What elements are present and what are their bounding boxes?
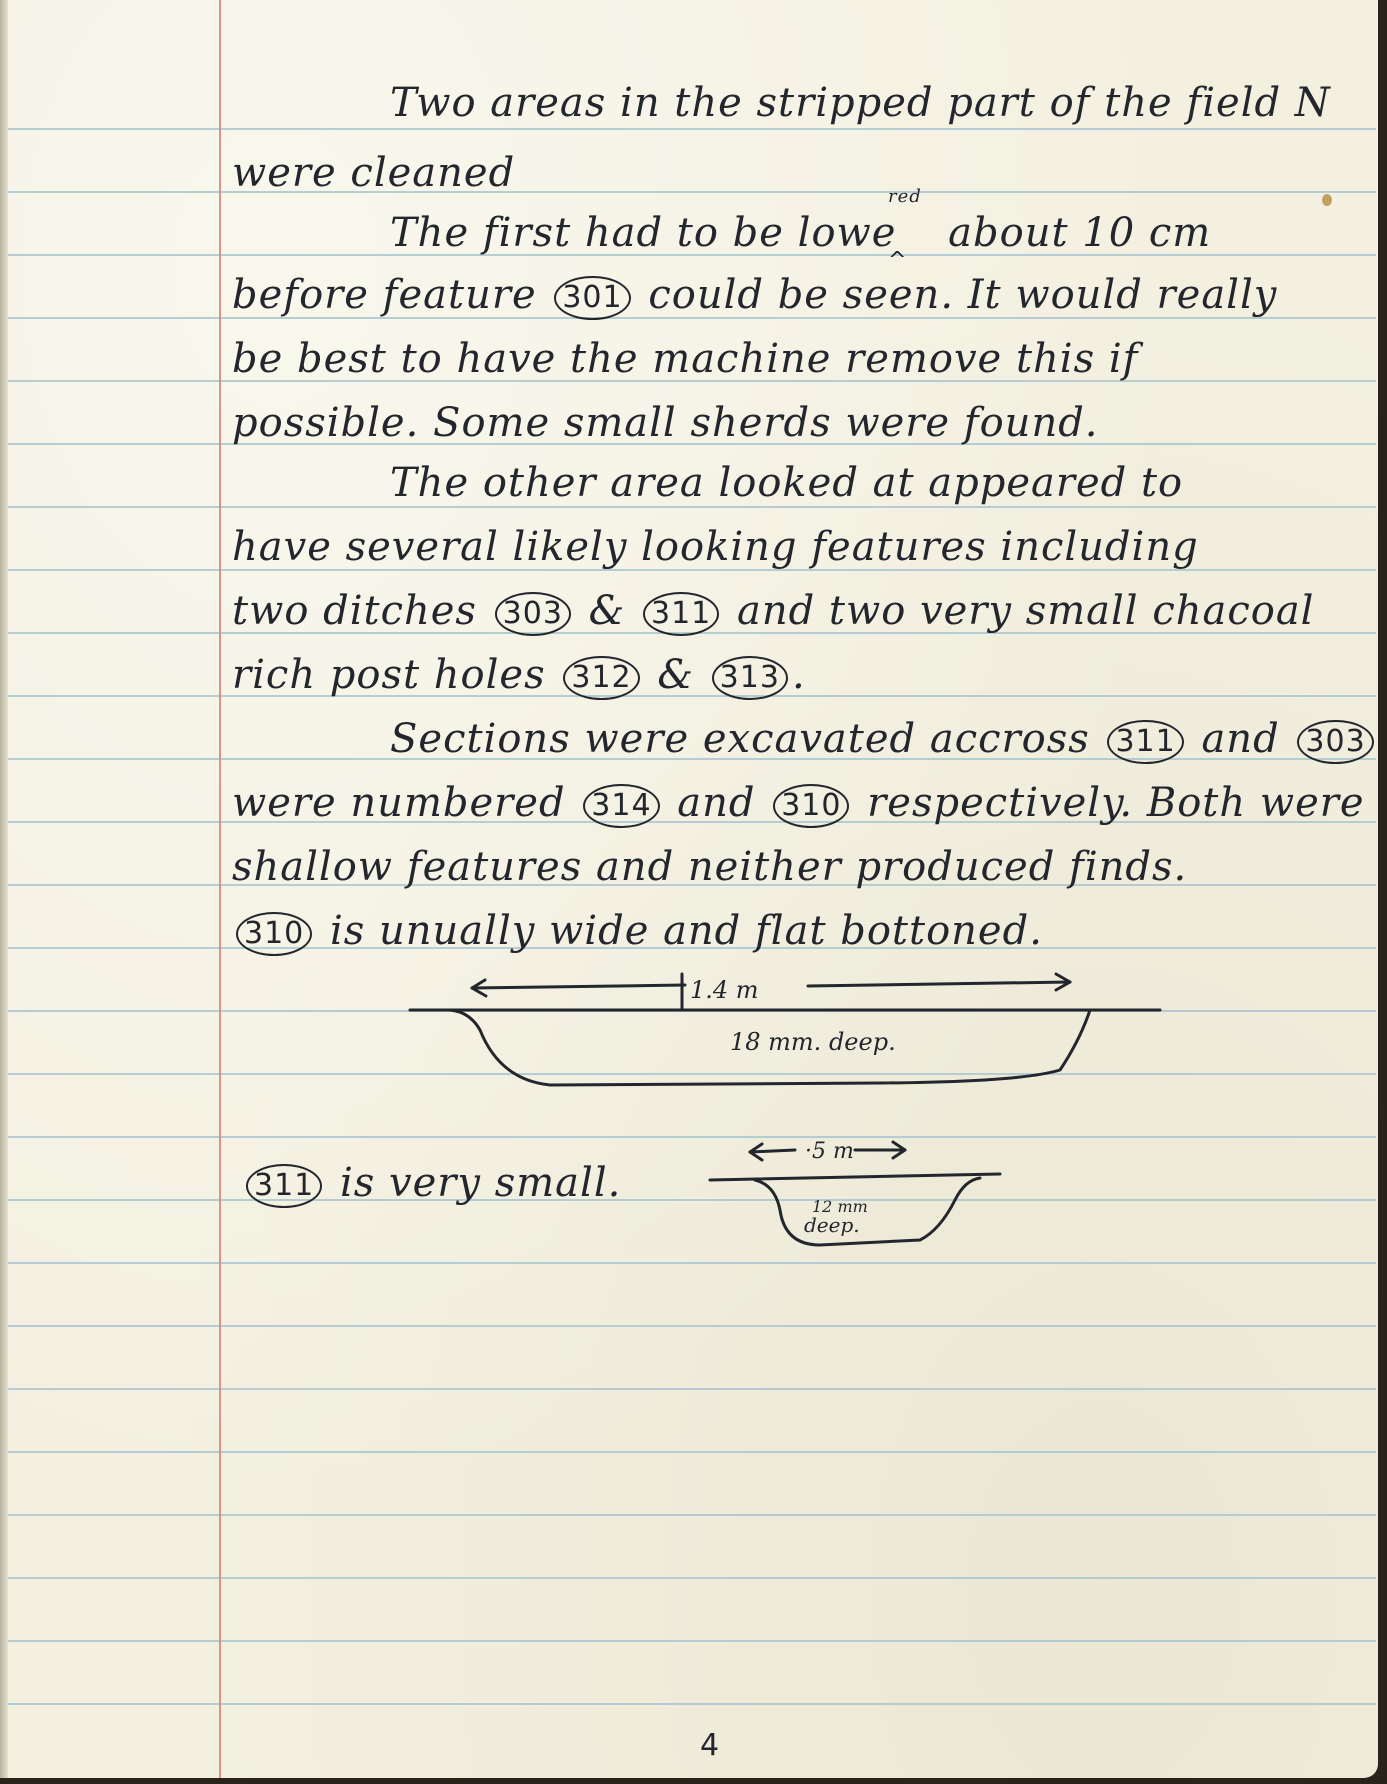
- rule-line: [8, 1199, 1376, 1201]
- insertion-text: red: [888, 186, 922, 207]
- note-line-11: Sections were excavated accross 311 and …: [390, 716, 1387, 764]
- context-number-312: 312: [563, 656, 639, 700]
- context-number-311: 311: [1107, 720, 1183, 764]
- width-label: ·5 m: [805, 1139, 854, 1164]
- depth-label: 18 mm. deep.: [730, 1028, 896, 1056]
- note-line-4: before feature 301 could be seen. It wou…: [232, 272, 1277, 320]
- rule-line: [8, 1388, 1376, 1390]
- rule-line: [8, 1703, 1376, 1705]
- notebook-page: Two areas in the stripped part of the fi…: [0, 0, 1378, 1778]
- context-number-311: 311: [643, 592, 719, 636]
- paper-stain: [1322, 194, 1332, 206]
- context-number-313: 313: [712, 656, 788, 700]
- rule-line: [8, 1514, 1376, 1516]
- rule-line: [8, 128, 1376, 130]
- section-311-sketch: ·5 m 12 mm deep.: [700, 1130, 1020, 1250]
- insertion-caret-icon: ^: [888, 248, 906, 273]
- context-number-303: 303: [1297, 720, 1373, 764]
- context-number-303: 303: [495, 592, 571, 636]
- note-line-2: were cleaned: [232, 150, 515, 196]
- rule-line: [8, 1262, 1376, 1264]
- rule-line: [8, 1136, 1376, 1138]
- rule-line: [8, 1451, 1376, 1453]
- width-arrow-right: [808, 982, 1070, 986]
- sketch-311-caption: 311 is very small.: [242, 1160, 621, 1208]
- width-arrow-left: [750, 1150, 795, 1152]
- rule-line: [8, 1325, 1376, 1327]
- note-line-3: The first had to be lowe about 10 cm: [390, 210, 1211, 256]
- width-label: 1.4 m: [690, 976, 759, 1004]
- context-number-310: 310: [773, 784, 849, 828]
- rule-line: [8, 1577, 1376, 1579]
- note-line-7: The other area looked at appeared to: [390, 460, 1183, 506]
- note-line-14: 310 is unually wide and flat bottoned.: [232, 908, 1043, 956]
- context-number-310: 310: [236, 912, 312, 956]
- rule-line: [8, 506, 1376, 508]
- note-line-1: Two areas in the stripped part of the fi…: [390, 80, 1331, 126]
- rule-line: [8, 191, 1376, 193]
- page-number: 4: [700, 1728, 719, 1763]
- width-arrow-left: [472, 985, 685, 988]
- note-line-13: shallow features and neither produced fi…: [232, 844, 1187, 890]
- context-number-311: 311: [246, 1164, 322, 1208]
- ground-line: [710, 1174, 1000, 1180]
- note-line-12: were numbered 314 and 310 respectively. …: [232, 780, 1365, 828]
- depth-label-2: deep.: [804, 1213, 860, 1237]
- note-line-5: be best to have the machine remove this …: [232, 336, 1138, 382]
- page-binding-edge: [0, 0, 8, 1778]
- note-line-10: rich post holes 312 & 313.: [232, 652, 806, 700]
- section-310-sketch: 1.4 m 18 mm. deep.: [400, 970, 1180, 1090]
- context-number-301: 301: [554, 276, 630, 320]
- note-line-9: two ditches 303 & 311 and two very small…: [232, 588, 1314, 636]
- note-line-6: possible. Some small sherds were found.: [232, 400, 1099, 446]
- rule-line: [8, 1640, 1376, 1642]
- note-line-8: have several likely looking features inc…: [232, 524, 1199, 570]
- context-number-314: 314: [583, 784, 659, 828]
- margin-line: [219, 0, 221, 1778]
